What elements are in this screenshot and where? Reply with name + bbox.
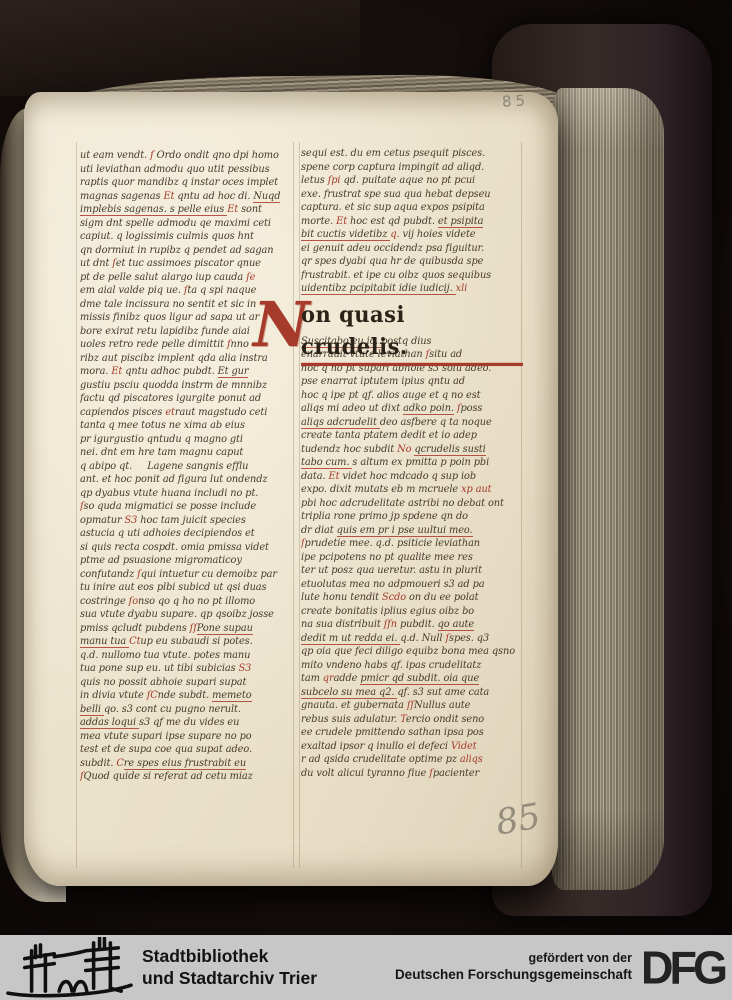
manuscript-text-line: nei. dnt em hre tam magnu caput [80, 446, 296, 460]
manuscript-text-line: confutandz ſqui intuetur cu demoibz par [80, 568, 296, 582]
manuscript-text-line: tabo cum. s altum ex pmitta p poin pbi [301, 456, 523, 470]
manuscript-text-line: expo. dixit mutats eb m mcruele xp aut [301, 483, 523, 497]
manuscript-text-line: magnas sagenas Et qntu ad hoc di. Nuqd [80, 190, 296, 204]
manuscript-column-right: sequi est. du em cetus psequit pisces.sp… [301, 147, 523, 780]
column-right-lower-text: Suscitabo eu ic. postq diusenarrauit vtu… [301, 335, 523, 781]
manuscript-text-line: sua vtute dyabu supare. qp qsoibz josse [80, 608, 296, 622]
manuscript-text-line: pbi hoc adcrudelitate astribi no debat o… [301, 497, 523, 511]
manuscript-column-left: ut eam vendt. ſ Ordo ondit qno dpi homou… [80, 149, 296, 784]
folio-number-bottom: 85 [493, 796, 544, 843]
manuscript-text-line: dr diat quis em pr i pse uultui meo. [301, 524, 523, 538]
manuscript-text-line: triplia rone primo jp spdene qn do [301, 510, 523, 524]
manuscript-text-line: mea vtute supari ipse supare no po [80, 730, 296, 744]
manuscript-text-line: ut dnt ſet tuc assimoes piscator qnue [80, 257, 296, 271]
manuscript-text-line: qp oia que feci diligo equibz bona mea q… [301, 645, 523, 659]
manuscript-text-line: captura. et sic sup aqua expos psipita [301, 201, 523, 215]
manuscript-text-line: dedit m ut redda ei. q.d. Null ſspes. q3 [301, 632, 523, 646]
manuscript-text-line: ptme ad psuasione migromaticoy [80, 554, 296, 568]
manuscript-text-line: morte. Et hoc est qd pubdt. et psipita [301, 215, 523, 229]
library-name-line1: Stadtbibliothek [142, 946, 317, 968]
manuscript-text-line: subdit. Cre spes eius frustrabit eu [80, 757, 296, 771]
manuscript-text-line: ſQuod quide si referat ad cetu miaz [80, 770, 296, 784]
manuscript-text-line: pse enarrat iptutem ipius qntu ad [301, 375, 523, 389]
rubric-heading-text: on quasi crudelis. [301, 298, 523, 366]
manuscript-text-line: test et de supa coe qua supat adeo. [80, 743, 296, 757]
manuscript-text-line: gustiu psciu quodda instrm de mnnibz [80, 379, 296, 393]
manuscript-text-line: tudendz hoc subdit No qcrudelis susti [301, 443, 523, 457]
manuscript-text-line: qn dormiut in rupibz q pendet ad sagan [80, 244, 296, 258]
manuscript-text-line: mora. Et qntu adhoc pubdt. Et gur [80, 365, 296, 379]
manuscript-text-line: aliqs adcrudelit deo asfbere q ta noque [301, 416, 523, 430]
manuscript-text-line: sigm dnt spelle admodu qe maximi ceti [80, 217, 296, 231]
manuscript-text-line: hoc q ipe pt qf. alios auge et q no est [301, 389, 523, 403]
manuscript-text-line: qp dyabus vtute huana includi no pt. [80, 487, 296, 501]
manuscript-text-line: astucia q uti adhoies decipiendos et [80, 527, 296, 541]
manuscript-text-line: bit cuctis videtibz q. vij hoies videte [301, 228, 523, 242]
manuscript-text-line: factu qd piscatores igurgite ponut ad [80, 392, 296, 406]
manuscript-text-line: manu tua Ctup eu subaudi si potes. [80, 635, 296, 649]
manuscript-text-line: tanta q mee totus ne xima ab eius [80, 419, 296, 433]
screenshot: ut eam vendt. ſ Ordo ondit qno dpi homou… [0, 0, 732, 1000]
folio-number-top: 85 [502, 91, 530, 110]
manuscript-photo: ut eam vendt. ſ Ordo ondit qno dpi homou… [0, 0, 732, 935]
manuscript-text-line: costringe ſonso qo q ho no pt illomo [80, 595, 296, 609]
rubric-heading: N on quasi crudelis. [301, 298, 523, 334]
manuscript-text-line: ee crudele pmittendo sathan ipsa pos [301, 726, 523, 740]
manuscript-text-line: ſprudetie mee. q.d. psiticie leviathan [301, 537, 523, 551]
manuscript-text-line: implebis sagenas. s pelle eius Et sont [80, 203, 296, 217]
manuscript-text-line: ei genuit adeu occidendz psa figuitur. [301, 242, 523, 256]
manuscript-text-line: in divia vtute ſCnde subdt. memeto [80, 689, 296, 703]
manuscript-text-line: frustrabit. et ipe cu oibz quos sequibus [301, 269, 523, 283]
ruling-line [299, 142, 300, 868]
funding-credit: gefördert von der Deutschen Forschungsge… [395, 951, 632, 984]
manuscript-text-line: rebus suis adulatur. Tercio ondit seno [301, 713, 523, 727]
manuscript-text-line: pt de pelle salut alargo iup cauda ſe [80, 271, 296, 285]
manuscript-text-line: raptis quor mandibz q instar oces implet [80, 176, 296, 190]
manuscript-text-line: create tanta ptatem dedit et io adep [301, 429, 523, 443]
manuscript-text-line: tam qradde pmicr qd subdit. oia que [301, 672, 523, 686]
manuscript-text-line: subcelo su mea q2. qf. s3 sut ame cata [301, 686, 523, 700]
manuscript-text-line: letus ſpi qd. puitate aque no pt pcui [301, 174, 523, 188]
manuscript-text-line: ter ut posz qua ueretur. astu in plurit [301, 564, 523, 578]
manuscript-text-line: ipe pcipotens no pt qualite mee res [301, 551, 523, 565]
footer-banner: Stadtbibliothek und Stadtarchiv Trier ge… [0, 935, 732, 1000]
book-fore-edge [552, 88, 664, 890]
manuscript-text-line: opmatur S3 hoc tam juicit species [80, 514, 296, 528]
manuscript-text-line: pr igurgustio qntudu q magno gti [80, 433, 296, 447]
manuscript-text-line: q abipo qt. Lagene sangnis efflu [80, 460, 296, 474]
manuscript-text-line: ſso quda migmatici se posse include [80, 500, 296, 514]
porta-nigra-logo-icon [0, 936, 138, 1000]
manuscript-text-line: tu inire aut eos plbi subicd ut qsi duas [80, 581, 296, 595]
ruling-line [76, 142, 77, 868]
manuscript-text-line: uti leviathan admodu quo utit pessibus [80, 163, 296, 177]
funding-credit-line2: Deutschen Forschungsgemeinschaft [395, 967, 632, 984]
manuscript-text-line: data. Et videt hoc mdcado q sup iob [301, 470, 523, 484]
library-name: Stadtbibliothek und Stadtarchiv Trier [142, 946, 317, 989]
manuscript-text-line: spene corp captura impingit ad aliqd. [301, 161, 523, 175]
manuscript-text-line: exe. frustrat spe sua qua hebat depseu [301, 188, 523, 202]
manuscript-text-line: lute honu tendit Scdo on du ee polat [301, 591, 523, 605]
manuscript-text-line: r ad qsida crudelitate optime pz aliqs [301, 753, 523, 767]
manuscript-text-line: exaltad ipsor q inullo ei defeci Videt [301, 740, 523, 754]
funding-credit-line1: gefördert von der [395, 951, 632, 967]
manuscript-text-line: create bonitatis iplius egius oibz bo [301, 605, 523, 619]
manuscript-text-line: du volt alicui tyranno fiue ſpacienter [301, 767, 523, 781]
manuscript-text-line: sequi est. du em cetus psequit pisces. [301, 147, 523, 161]
manuscript-text-line: q.d. nullomo tua vtute. potes manu [80, 649, 296, 663]
manuscript-text-line: aliqs mi adeo ut dixt adko poin. ſposs [301, 402, 523, 416]
manuscript-text-line: addas loqui s3 qf me du vides eu [80, 716, 296, 730]
manuscript-text-line: quis no possit abhoie supari supat [80, 676, 296, 690]
manuscript-text-line: ut eam vendt. ſ Ordo ondit qno dpi homo [80, 149, 296, 163]
manuscript-text-line: pmiss qcludt pubdens ſſPone supau [80, 622, 296, 636]
manuscript-text-line: na sua distribuit ſſn pubdit. qo aute [301, 618, 523, 632]
dfg-logo: DFG [641, 937, 724, 998]
manuscript-text-line: mito vndeno habs qf. ipas crudelitatz [301, 659, 523, 673]
manuscript-text-line: belli qo. s3 cont cu pugno nerult. [80, 703, 296, 717]
manuscript-text-line: ant. et hoc ponit ad figura lut ondendz [80, 473, 296, 487]
manuscript-text-line: uidentibz pcipitabit idie iudicij. xli [301, 282, 523, 296]
manuscript-text-line: etuolutas mea no adpmoueri s3 ad pa [301, 578, 523, 592]
manuscript-text-line: gnauta. et gubernata ſſNullus aute [301, 699, 523, 713]
manuscript-text-line: capiut. q logissimis culmis quos hnt [80, 230, 296, 244]
library-name-line2: und Stadtarchiv Trier [142, 968, 317, 990]
manuscript-text-line: si quis recta cospdt. omia pmissa videt [80, 541, 296, 555]
manuscript-text-line: tua pone sup eu. ut tibi subicias S3 [80, 662, 296, 676]
manuscript-text-line: capiendos pisces etraut magstudo ceti [80, 406, 296, 420]
manuscript-text-line: qr spes dyabi qua hr de quibusda spe [301, 255, 523, 269]
column-right-upper-text: sequi est. du em cetus psequit pisces.sp… [301, 147, 523, 296]
